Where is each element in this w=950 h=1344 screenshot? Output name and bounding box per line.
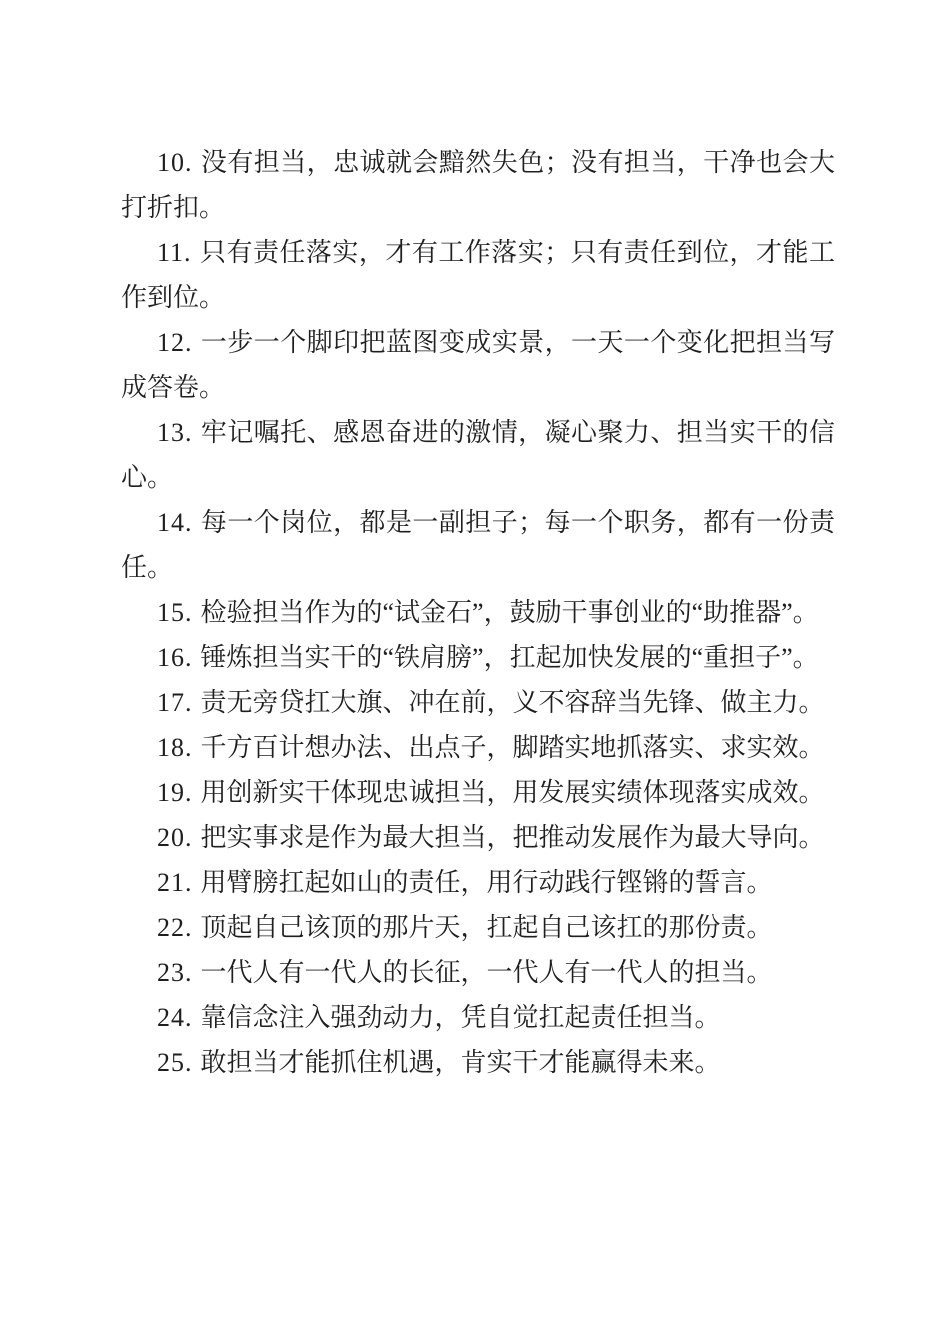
item-number: 25.: [157, 1048, 193, 1077]
list-item: 11.只有责任落实，才有工作落实；只有责任到位，才能工作到位。: [121, 230, 835, 320]
item-number: 22.: [157, 913, 193, 942]
item-text: 牢记嘱托、感恩奋进的激情，凝心聚力、担当实干的信心。: [121, 418, 835, 492]
item-text: 一代人有一代人的长征，一代人有一代人的担当。: [201, 958, 773, 987]
item-number: 12.: [157, 328, 193, 357]
list-item: 16.锤炼担当实干的“铁肩膀”，扛起加快发展的“重担子”。: [121, 635, 835, 680]
item-number: 23.: [157, 958, 193, 987]
list-item: 14.每一个岗位，都是一副担子；每一个职务，都有一份责任。: [121, 500, 835, 590]
item-text: 一步一个脚印把蓝图变成实景，一天一个变化把担当写成答卷。: [121, 328, 835, 402]
list-item: 24.靠信念注入强劲动力，凭自觉扛起责任担当。: [121, 995, 835, 1040]
list-item: 25.敢担当才能抓住机遇，肯实干才能赢得未来。: [121, 1040, 835, 1085]
item-text: 千方百计想办法、出点子，脚踏实地抓落实、求实效。: [201, 733, 825, 762]
item-number: 17.: [157, 688, 193, 717]
item-text: 检验担当作为的“试金石”，鼓励干事创业的“助推器”。: [201, 598, 819, 627]
item-number: 16.: [157, 643, 193, 672]
quote-list: 10.没有担当，忠诚就会黯然失色；没有担当，干净也会大打折扣。 11.只有责任落…: [121, 140, 835, 1085]
item-number: 20.: [157, 823, 193, 852]
list-item: 21.用臂膀扛起如山的责任，用行动践行铿锵的誓言。: [121, 860, 835, 905]
item-number: 11.: [157, 238, 192, 267]
item-text: 没有担当，忠诚就会黯然失色；没有担当，干净也会大打折扣。: [121, 148, 835, 222]
item-number: 10.: [157, 148, 193, 177]
item-text: 用臂膀扛起如山的责任，用行动践行铿锵的誓言。: [201, 868, 773, 897]
item-text: 靠信念注入强劲动力，凭自觉扛起责任担当。: [201, 1003, 721, 1032]
list-item: 13.牢记嘱托、感恩奋进的激情，凝心聚力、担当实干的信心。: [121, 410, 835, 500]
item-number: 13.: [157, 418, 193, 447]
document-page: 10.没有担当，忠诚就会黯然失色；没有担当，干净也会大打折扣。 11.只有责任落…: [0, 0, 950, 1344]
item-number: 14.: [157, 508, 193, 537]
item-text: 顶起自己该顶的那片天，扛起自己该扛的那份责。: [201, 913, 773, 942]
item-text: 责无旁贷扛大旗、冲在前，义不容辞当先锋、做主力。: [201, 688, 825, 717]
item-text: 只有责任落实，才有工作落实；只有责任到位，才能工作到位。: [121, 238, 835, 312]
list-item: 22.顶起自己该顶的那片天，扛起自己该扛的那份责。: [121, 905, 835, 950]
item-number: 19.: [157, 778, 193, 807]
item-number: 18.: [157, 733, 193, 762]
list-item: 19.用创新实干体现忠诚担当，用发展实绩体现落实成效。: [121, 770, 835, 815]
list-item: 12.一步一个脚印把蓝图变成实景，一天一个变化把担当写成答卷。: [121, 320, 835, 410]
item-number: 15.: [157, 598, 193, 627]
item-text: 敢担当才能抓住机遇，肯实干才能赢得未来。: [201, 1048, 721, 1077]
item-text: 把实事求是作为最大担当，把推动发展作为最大导向。: [201, 823, 825, 852]
list-item: 10.没有担当，忠诚就会黯然失色；没有担当，干净也会大打折扣。: [121, 140, 835, 230]
list-item: 23.一代人有一代人的长征，一代人有一代人的担当。: [121, 950, 835, 995]
list-item: 20.把实事求是作为最大担当，把推动发展作为最大导向。: [121, 815, 835, 860]
item-text: 锤炼担当实干的“铁肩膀”，扛起加快发展的“重担子”。: [201, 643, 819, 672]
item-number: 24.: [157, 1003, 193, 1032]
list-item: 18.千方百计想办法、出点子，脚踏实地抓落实、求实效。: [121, 725, 835, 770]
item-text: 用创新实干体现忠诚担当，用发展实绩体现落实成效。: [201, 778, 825, 807]
list-item: 15.检验担当作为的“试金石”，鼓励干事创业的“助推器”。: [121, 590, 835, 635]
item-number: 21.: [157, 868, 193, 897]
list-item: 17.责无旁贷扛大旗、冲在前，义不容辞当先锋、做主力。: [121, 680, 835, 725]
item-text: 每一个岗位，都是一副担子；每一个职务，都有一份责任。: [121, 508, 835, 582]
